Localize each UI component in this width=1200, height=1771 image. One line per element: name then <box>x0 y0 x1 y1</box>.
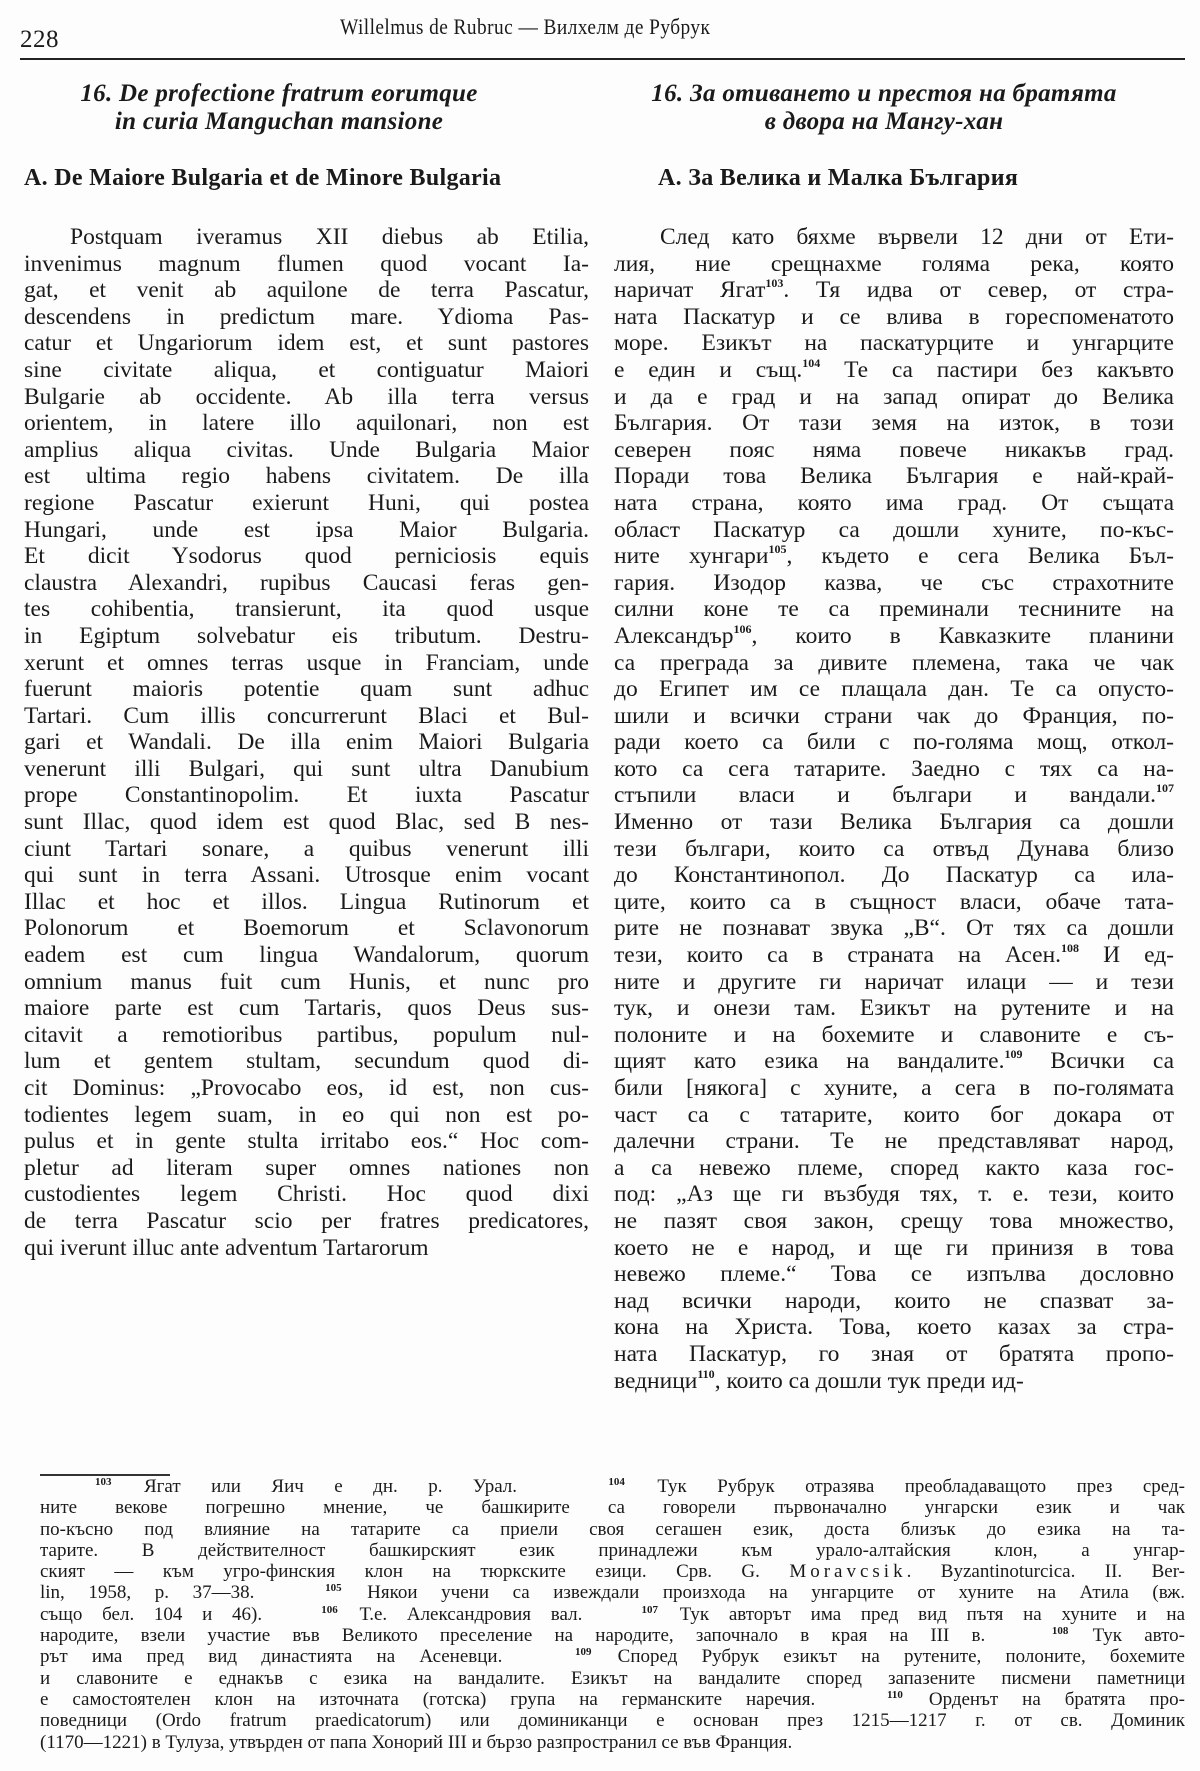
footnote-line: тарите. В действителност башкирският ези… <box>40 1540 1185 1561</box>
bulgarian-text-line: ните хунгари105, където е сега Велика Бъ… <box>614 543 1174 570</box>
latin-text-line: omnium manus fuit cum Hunis, et nunc pro <box>24 969 589 996</box>
latin-text-line: gat, et venit ab aquilone de terra Pasca… <box>24 277 589 304</box>
footnote-marker[interactable]: 108 <box>1061 941 1079 955</box>
bulgarian-text-line: След като бяхме вървели 12 дни от Ети- <box>614 224 1174 251</box>
latin-column: 16. De profectione fratrum eorumque in c… <box>24 80 594 136</box>
bulgarian-text-line: над всички народи, които не спазват за- <box>614 1288 1174 1315</box>
bulgarian-text-line: лия, ние срещнахме голяма река, която <box>614 251 1174 278</box>
bulgarian-chapter-title-line1: 16. За отиването и престоя на братята <box>651 80 1116 107</box>
bulgarian-text-line: северен пояс няма повече никакъв град. <box>614 437 1174 464</box>
bulgarian-text-line: е един и същ.104 Те са пастири без какъв… <box>614 357 1174 384</box>
bulgarian-text-line: тези българи, които са отвъд Дунава близ… <box>614 836 1174 863</box>
latin-text-line: venerunt illi Bulgari, qui sunt ultra Da… <box>24 756 589 783</box>
latin-text-line: de terra Pascatur scio per fratres predi… <box>24 1208 589 1235</box>
bulgarian-column: 16. За отиването и престоя на братята в … <box>614 80 1180 136</box>
latin-text-line: Postquam iveramus XII diebus ab Etilia, <box>24 224 589 251</box>
footnotes: 103 Ягат или Яич е дн. р. Урал. 104 Тук … <box>40 1476 1185 1753</box>
bulgarian-text-line: рите не познават звука „В“. От тях са до… <box>614 915 1174 942</box>
bulgarian-text-line: и да е град и на запад опират до Велика <box>614 384 1174 411</box>
latin-text-line: prope Constantinopolim. Et iuxta Pascatu… <box>24 782 589 809</box>
bulgarian-text-line: не пазят своя закон, срещу това множеств… <box>614 1208 1174 1235</box>
bulgarian-text-line: щият като езика на вандалите.109 Всички … <box>614 1048 1174 1075</box>
footnote-line: народите, взели участие във Великото пре… <box>40 1625 1185 1646</box>
bulgarian-text-line: кото са сега татарите. Заедно с тях са н… <box>614 756 1174 783</box>
bulgarian-text-line: тук, и онези там. Езикът на рутените и н… <box>614 995 1174 1022</box>
bulgarian-text-line: област Паскатур са дошли хуните, по-къс- <box>614 517 1174 544</box>
latin-text-line: custodientes legem Christi. Hoc quod dix… <box>24 1181 589 1208</box>
bulgarian-text-line: стъпили власи и българи и вандали.107 <box>614 782 1174 809</box>
latin-text-line: invenimus magnum flumen quod vocant Ia- <box>24 251 589 278</box>
bulgarian-text-line: до Константинопол. До Паскатур са ила- <box>614 862 1174 889</box>
footnote-line: също бел. 104 и 46). 106 Т.е. Александро… <box>40 1604 1185 1625</box>
latin-text-line: lum et gentem stultam, secundum quod di- <box>24 1048 589 1075</box>
footnote-line: е самостоятелен клон на източната (готск… <box>40 1689 1185 1710</box>
footnote-marker[interactable]: 105 <box>768 542 786 556</box>
latin-text-line: Tartari. Cum illis concurrerunt Blaci et… <box>24 703 589 730</box>
bulgarian-text-line: ната страна, която има град. От същата <box>614 490 1174 517</box>
latin-text-line: citavit a remotioribus partibus, populum… <box>24 1022 589 1049</box>
bulgarian-text-line: част са с татарите, които бог докара от <box>614 1102 1174 1129</box>
latin-text-line: fuerunt maioris potentie quam sunt adhuc <box>24 676 589 703</box>
bulgarian-text-line: ната Паскатур и се влива в гореспоменато… <box>614 304 1174 331</box>
latin-text-line: sine civitate aliqua, et contiguatur Mai… <box>24 357 589 384</box>
latin-text-line: est ultima regio habens civitatem. De il… <box>24 463 589 490</box>
latin-text-line: qui iverunt illuc ante adventum Tartaror… <box>24 1235 589 1262</box>
bulgarian-text-line: Именно от тази Велика България са дошли <box>614 809 1174 836</box>
latin-chapter-title-line2: in curia Manguchan mansione <box>115 108 443 135</box>
footnote-marker[interactable]: 104 <box>802 356 820 370</box>
bulgarian-text-line: наричат Ягат103. Тя идва от север, от ст… <box>614 277 1174 304</box>
latin-text-line: xerunt et omnes terras usque in Franciam… <box>24 650 589 677</box>
latin-text-line: amplius aliqua civitas. Unde Bulgaria Ma… <box>24 437 589 464</box>
latin-text-line: maiore parte est cum Tartaris, quos Deus… <box>24 995 589 1022</box>
bulgarian-text-line: ците, които са в същност власи, обаче та… <box>614 889 1174 916</box>
footnote-line: lin, 1958, p. 37—38. 105 Някои учени са … <box>40 1582 1185 1603</box>
footnote-line: 103 Ягат или Яич е дн. р. Урал. 104 Тук … <box>40 1476 1185 1497</box>
bulgarian-text-line: Поради това Велика България е най-край- <box>614 463 1174 490</box>
latin-text-line: eadem est cum lingua Wandalorum, quorum <box>24 942 589 969</box>
footnote-line: (1170—1221) в Тулуза, утвърден от папа Х… <box>40 1732 1185 1753</box>
bulgarian-text-line: шили и всички страни чак до Франция, по- <box>614 703 1174 730</box>
latin-text-line: catur et Ungariorum idem est, et sunt pa… <box>24 330 589 357</box>
latin-text-line: Et dicit Ysodorus quod perniciosis equis <box>24 543 589 570</box>
bulgarian-section-title: А. За Велика и Малка България <box>658 164 1018 192</box>
page-number: 228 <box>20 26 59 54</box>
bulgarian-text-line: България. От тази земя на изток, в този <box>614 410 1174 437</box>
bulgarian-text-line: ведници110, които са дошли тук преди ид- <box>614 1368 1174 1395</box>
latin-text-line: sunt Illac, quod idem est quod Blac, sed… <box>24 809 589 836</box>
latin-text-line: todientes legem suam, in eo qui non est … <box>24 1102 589 1129</box>
footnote-line: рът има пред вид династията на Асеневци.… <box>40 1646 1185 1667</box>
bulgarian-text-line: били [някога] с хуните, а сега в по-голя… <box>614 1075 1174 1102</box>
bulgarian-text-line: под: „Аз ще ги възбудя тях, т. е. тези, … <box>614 1181 1174 1208</box>
bulgarian-text-line: море. Езикът на паскатурците и унгарците <box>614 330 1174 357</box>
latin-text-line: Polonorum et Boemorum et Sclavonorum <box>24 915 589 942</box>
latin-text-line: claustra Alexandri, rupibus Caucasi fera… <box>24 570 589 597</box>
latin-text-line: Illac et hoc et illos. Lingua Rutinorum … <box>24 889 589 916</box>
latin-text-line: regione Pascatur exierunt Huni, qui post… <box>24 490 589 517</box>
bulgarian-text-line: тези, които са в страната на Асен.108 И … <box>614 942 1174 969</box>
bulgarian-body-text: След като бяхме вървели 12 дни от Ети-ли… <box>614 224 1174 1394</box>
latin-text-line: ciunt Tartari sonare, a quibus venerunt … <box>24 836 589 863</box>
running-header: 228 Willelmus de Rubruc — Вилхелм де Руб… <box>20 8 1185 60</box>
footnote-line: поведници (Ordo fratrum praedicatorum) и… <box>40 1710 1185 1731</box>
latin-text-line: Hungari, unde est ipsa Maior Bulgaria. <box>24 517 589 544</box>
book-page: 228 Willelmus de Rubruc — Вилхелм де Руб… <box>0 0 1200 1771</box>
latin-chapter-title: 16. De profectione fratrum eorumque in c… <box>34 80 524 136</box>
latin-text-line: pletur ad literam super omnes nationes n… <box>24 1155 589 1182</box>
footnote-marker[interactable]: 106 <box>734 622 752 636</box>
bulgarian-text-line: ните и другите ги наричат илаци — и тези <box>614 969 1174 996</box>
latin-chapter-title-line1: 16. De profectione fratrum eorumque <box>80 80 477 107</box>
footnote-marker[interactable]: 103 <box>765 276 783 290</box>
bulgarian-text-line: Александър106, които в Кавказките планин… <box>614 623 1174 650</box>
latin-text-line: gari et Wandali. De illa enim Maiori Bul… <box>24 729 589 756</box>
bulgarian-text-line: гария. Изодор казва, че със страхотните <box>614 570 1174 597</box>
latin-text-line: qui sunt in terra Assani. Utrosque enim … <box>24 862 589 889</box>
bulgarian-chapter-title-line2: в двора на Мангу-хан <box>765 108 1004 135</box>
footnote-marker[interactable]: 107 <box>1156 781 1174 795</box>
footnote-marker[interactable]: 110 <box>697 1367 714 1381</box>
bulgarian-text-line: а са невежо племе, според както каза гос… <box>614 1155 1174 1182</box>
footnote-line: по-късно под влияние на татарите са прие… <box>40 1519 1185 1540</box>
bulgarian-text-line: невежо племе.“ Това се изпълва дословно <box>614 1261 1174 1288</box>
latin-text-line: in Egiptum solvebatur eis tributum. Dest… <box>24 623 589 650</box>
bulgarian-text-line: далечни страни. Те не представляват наро… <box>614 1128 1174 1155</box>
latin-text-line: orientem, in latere illo aquilonari, non… <box>24 410 589 437</box>
latin-body-text: Postquam iveramus XII diebus ab Etilia,i… <box>24 224 589 1261</box>
latin-text-line: pulus et in gente stulta irritabo eos.“ … <box>24 1128 589 1155</box>
footnote-line: ският — към угро-финския клон на тюркски… <box>40 1561 1185 1582</box>
bulgarian-text-line: силни коне те са преминали теснините на <box>614 596 1174 623</box>
footnote-line: ните векове погрешно мнение, че башкирит… <box>40 1497 1185 1518</box>
latin-text-line: cit Dominus: „Provocabo eos, id est, non… <box>24 1075 589 1102</box>
bulgarian-text-line: са преграда за дивите племена, така че ч… <box>614 650 1174 677</box>
footnote-marker[interactable]: 109 <box>1004 1047 1022 1061</box>
bulgarian-text-line: което не е народ, и ще ги принизя в това <box>614 1235 1174 1262</box>
latin-text-line: Bulgarie ab occidente. Ab illa terra ver… <box>24 384 589 411</box>
bulgarian-chapter-title: 16. За отиването и престоя на братята в … <box>614 80 1154 136</box>
bulgarian-text-line: кона на Христа. Това, което казах за стр… <box>614 1314 1174 1341</box>
bulgarian-text-line: ради което са били с по-голяма мощ, отко… <box>614 729 1174 756</box>
latin-text-line: descendens in predictum mare. Ydioma Pas… <box>24 304 589 331</box>
running-title: Willelmus de Rubruc — Вилхелм де Рубрук <box>340 14 710 40</box>
latin-text-line: tes cohibentia, transierunt, ita quod us… <box>24 596 589 623</box>
footnote-line: и славоните е еднакъв с езика на вандали… <box>40 1668 1185 1689</box>
bulgarian-text-line: ната Паскатур, го зная от братята пропо- <box>614 1341 1174 1368</box>
latin-section-title: A. De Maiore Bulgaria et de Minore Bulga… <box>24 164 501 192</box>
bulgarian-text-line: до Египет им се плащала дан. Те са опуст… <box>614 676 1174 703</box>
bulgarian-text-line: полоните и на бохемите и славоните е съ- <box>614 1022 1174 1049</box>
